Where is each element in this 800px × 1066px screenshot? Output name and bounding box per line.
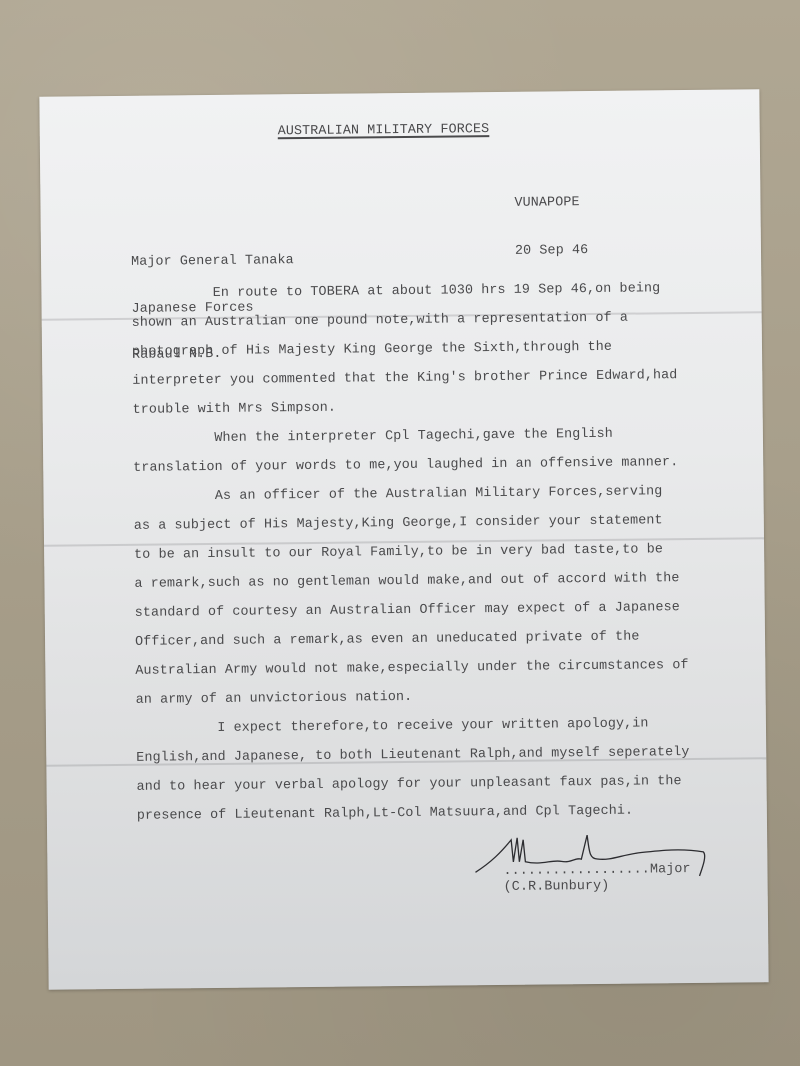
place: VUNAPOPE: [514, 195, 587, 212]
body-line: Australian Army would not make,especiall…: [135, 651, 689, 686]
place-and-date: VUNAPOPE 20 Sep 46: [514, 163, 589, 292]
body-line: interpreter you commented that the King'…: [132, 361, 686, 396]
signature-rank: ..................Major: [503, 862, 690, 879]
letter-paper: AUSTRALIAN MILITARY FORCES VUNAPOPE 20 S…: [39, 89, 768, 989]
signatory-name: (C.R.Bunbury): [504, 879, 610, 895]
recipient-line: Major General Tanaka: [131, 253, 294, 270]
body-line: presence of Lieutenant Ralph,Lt-Col Mats…: [137, 796, 691, 831]
letterhead-title: AUSTRALIAN MILITARY FORCES: [278, 122, 490, 139]
letter-body: En route to TOBERA at about 1030 hrs 19 …: [131, 274, 690, 831]
date: 20 Sep 46: [515, 243, 588, 260]
